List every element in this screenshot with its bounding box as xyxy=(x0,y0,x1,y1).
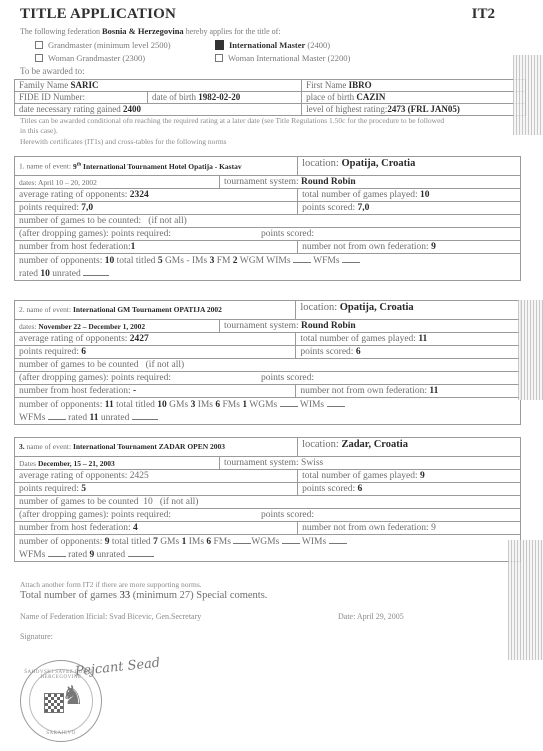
event-1-system: Round Robin xyxy=(301,177,356,187)
date-line: Date: April 29, 2005 xyxy=(338,612,404,621)
event-3-total-games: 9 xyxy=(420,471,425,481)
first-name-cell: First Name IBRO xyxy=(302,80,526,92)
attach-note: Attach another form IT2 if there are mor… xyxy=(20,580,202,589)
federation-line: The following federation Bosnia & Herzeg… xyxy=(20,26,281,36)
event-1-name: International Tournament Hotel Opatija -… xyxy=(83,162,242,171)
event-3-system: Swiss xyxy=(301,458,323,468)
event-1-location-cell: location: Opatija, Croatia xyxy=(298,157,521,176)
dob-cell: date of birth 1982-02-20 xyxy=(148,92,302,104)
event-3-dates: December, 15 – 21, 2003 xyxy=(38,459,115,468)
event-2-not-own-fed: 11 xyxy=(429,386,438,396)
pob-cell: place of birth CAZIN xyxy=(302,92,526,104)
event-2-dates-cell: dates: November 22 – December 1, 2002 xyxy=(15,320,220,333)
scan-artifact xyxy=(508,540,543,660)
event-2-dates: November 22 – December 1, 2002 xyxy=(38,322,145,331)
event-2-total-games: 11 xyxy=(418,334,427,344)
knight-icon: ♞ xyxy=(61,683,84,709)
rating-gained-cell: date necessary rating gained 2400 xyxy=(15,104,302,116)
official-line: Name of Federation Ificial: Svad Bicevic… xyxy=(20,612,201,621)
document-title: TITLE APPLICATION xyxy=(20,6,176,23)
event-2-name: International GM Tournament OPATIJA 2002 xyxy=(73,305,222,314)
federation-name: Bosnia & Herzegovina xyxy=(102,26,184,36)
form-code: IT2 xyxy=(472,6,495,23)
event-2-avg-rating: 2427 xyxy=(130,334,149,344)
family-name-cell: Family Name SARIC xyxy=(15,80,302,92)
conditional-note: Titles can be awarded conditional ofn re… xyxy=(20,116,540,125)
total-games-value: 33 xyxy=(120,590,131,601)
checkbox-checked-icon[interactable] xyxy=(215,40,224,50)
checkbox-icon[interactable] xyxy=(35,54,43,62)
event-1-opponents-cell: number of opponents: 10 total titled 5 G… xyxy=(15,254,521,281)
event-2-points-required: 6 xyxy=(81,347,86,357)
handwritten-signature: Pejcant Sead xyxy=(74,656,160,680)
event-1-points-scored: 7,0 xyxy=(357,203,369,213)
highest-rating-cell: level of highest rating:2473 (FRL JAN05) xyxy=(302,104,526,116)
event-1-not-own-fed: 9 xyxy=(431,242,436,252)
event-3-name: International Tournament ZADAR OPEN 2003 xyxy=(73,442,225,451)
fide-id-cell: FIDE ID Number: xyxy=(15,92,148,104)
dob-value: 1982-02-20 xyxy=(198,92,240,102)
event-3-opponents-cell: number of opponents: 9 total titled 7 GM… xyxy=(15,535,521,562)
pob-value: CAZIN xyxy=(356,92,385,102)
title-option-grandmaster[interactable]: Grandmaster (minimum level 2500) xyxy=(35,40,171,50)
event-1-total-games: 10 xyxy=(420,190,430,200)
event-2-from-host: - xyxy=(133,386,136,396)
family-name-value: SARIC xyxy=(71,80,99,90)
checkbox-icon[interactable] xyxy=(215,54,223,62)
event-3-not-own-fed: 9 xyxy=(431,523,436,533)
event-1-points-required: 7,0 xyxy=(81,203,93,213)
official-name: Svad Bicevic, Gen.Secretary xyxy=(109,612,201,621)
awardee-table: Family Name SARIC First Name IBRO FIDE I… xyxy=(14,79,526,116)
checkbox-icon[interactable] xyxy=(35,41,43,49)
event-1-location: Opatija, Croatia xyxy=(341,158,415,169)
total-games-line: Total number of games 33 (minimum 27) Sp… xyxy=(20,590,267,601)
event-1-dates-cell: dates: April 10 – 20, 2002 xyxy=(15,176,220,189)
event-3-name-cell: 3. name of event: International Tourname… xyxy=(15,438,298,457)
event-1-system-cell: tournament system: Round Robin xyxy=(220,176,521,189)
event-2-opponents-cell: number of opponents: 11 total titled 10 … xyxy=(15,398,521,425)
title-option-woman-international-master[interactable]: Woman International Master (2200) xyxy=(215,53,350,63)
event-1-dates: April 10 – 20, 2002 xyxy=(38,178,97,187)
event-3-points-required: 5 xyxy=(81,484,86,494)
first-name-value: IBRO xyxy=(349,80,372,90)
seal-text-bottom: SARAJEVO xyxy=(21,731,101,736)
event-2-points-scored: 6 xyxy=(356,347,361,357)
event-2-name-cell: 2. name of event: International GM Tourn… xyxy=(15,301,296,320)
event-1-table: 1. name of event: 9th International Tour… xyxy=(14,156,521,281)
event-2-system-cell: tournament system: Round Robin xyxy=(220,320,521,333)
scan-artifact xyxy=(513,55,543,135)
title-option-international-master[interactable]: International Master (2400) xyxy=(215,40,330,50)
scan-artifact xyxy=(518,300,543,400)
event-3-avg-rating: 2425 xyxy=(130,471,149,481)
title-option-woman-grandmaster[interactable]: Woman Grandmaster (2300) xyxy=(35,53,145,63)
event-3-dates-cell: Dates December, 15 – 21, 2003 xyxy=(15,457,220,470)
event-3-system-cell: tournament system: Swiss xyxy=(220,457,521,470)
event-2-system: Round Robin xyxy=(301,321,356,331)
to-be-awarded-label: To be awarded to: xyxy=(20,66,85,76)
rating-gained-value: 2400 xyxy=(123,104,141,114)
event-2-table: 2. name of event: International GM Tourn… xyxy=(14,300,521,425)
event-3-location: Zadar, Croatia xyxy=(341,439,408,450)
signing-date: April 29, 2005 xyxy=(357,612,404,621)
event-3-games-counted: 10 xyxy=(143,497,153,507)
event-2-location-cell: location: Opatija, Croatia xyxy=(296,301,521,320)
event-2-location: Opatija, Croatia xyxy=(340,302,414,313)
event-3-location-cell: location: Zadar, Croatia xyxy=(298,438,521,457)
event-1-name-cell: 1. name of event: 9th International Tour… xyxy=(15,157,298,176)
highest-rating-value: 2473 (FRL JAN05) xyxy=(387,104,460,114)
event-3-from-host: 4 xyxy=(133,523,138,533)
herewith-note: Herewith certificates (IT1s) and cross-t… xyxy=(20,137,227,146)
event-3-table: 3. name of event: International Tourname… xyxy=(14,437,521,562)
conditional-note-2: in this case). xyxy=(20,126,58,135)
signature-label: Signature: xyxy=(20,632,53,641)
event-3-points-scored: 6 xyxy=(357,484,362,494)
event-1-from-host: 1 xyxy=(131,242,136,252)
event-1-avg-rating: 2324 xyxy=(130,190,149,200)
